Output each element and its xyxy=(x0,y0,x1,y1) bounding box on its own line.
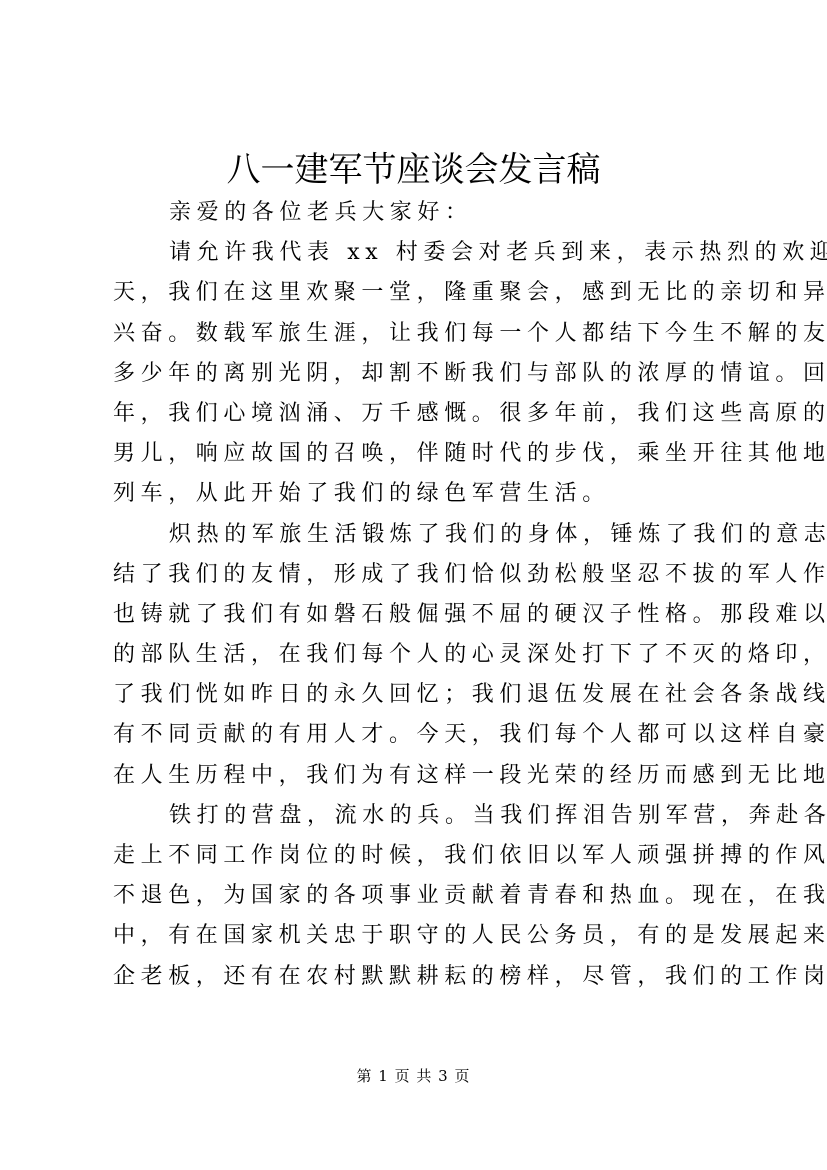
body-line: 有不同贡献的有用人才。今天，我们每个人都可以这样自豪地说， xyxy=(113,715,735,755)
body-line: 请允许我代表 xx 村委会对老兵到来，表示热烈的欢迎。今 xyxy=(113,233,735,273)
body-line: 兴奋。数载军旅生涯，让我们每一个人都结下今生不解的友情； xyxy=(113,314,735,354)
document-body: 亲爱的各位老兵大家好： 请允许我代表 xx 村委会对老兵到来，表示热烈的欢迎。今… xyxy=(113,193,735,997)
page-number-footer: 第 1 页 共 3 页 xyxy=(0,1066,827,1086)
body-line: 亲爱的各位老兵大家好： xyxy=(113,193,735,233)
body-line: 了我们恍如昨日的永久回忆；我们退伍发展在社会各条战线上都 xyxy=(113,675,735,715)
body-line: 男儿，响应故国的召唤，伴随时代的步伐，乘坐开往其他地方的 xyxy=(113,434,735,474)
document-page: 八一建军节座谈会发言稿 亲爱的各位老兵大家好： 请允许我代表 xx 村委会对老兵… xyxy=(0,0,827,1170)
body-line: 在人生历程中，我们为有这样一段光荣的经历而感到无比地骄傲。 xyxy=(113,756,735,796)
body-line: 中，有在国家机关忠于职守的人民公务员，有的是发展起来的私 xyxy=(113,916,735,956)
body-line: 也铸就了我们有如磐石般倔强不屈的硬汉子性格。那段难以忘记 xyxy=(113,595,735,635)
body-line: 企老板，还有在农村默默耕耘的榜样，尽管，我们的工作岗位不 xyxy=(113,957,735,997)
body-line: 列车，从此开始了我们的绿色军营生活。 xyxy=(113,474,735,514)
body-line: 天，我们在这里欢聚一堂，隆重聚会，感到无比的亲切和异常地 xyxy=(113,273,735,313)
body-line: 走上不同工作岗位的时候，我们依旧以军人顽强拼搏的作风退伍 xyxy=(113,836,735,876)
body-line: 铁打的营盘，流水的兵。当我们挥泪告别军营，奔赴各地， xyxy=(113,796,735,836)
body-line: 炽热的军旅生活锻炼了我们的身体，锤炼了我们的意志，固 xyxy=(113,515,735,555)
document-title: 八一建军节座谈会发言稿 xyxy=(0,145,827,195)
body-line: 年，我们心境汹涌、万千感慨。很多年前，我们这些高原的热血 xyxy=(113,394,735,434)
body-line: 多少年的离别光阴，却割不断我们与部队的浓厚的情谊。回忆当 xyxy=(113,354,735,394)
body-line: 结了我们的友情，形成了我们恰似劲松般坚忍不拔的军人作风， xyxy=(113,555,735,595)
body-line: 不退色，为国家的各项事业贡献着青春和热血。现在，在我们当 xyxy=(113,876,735,916)
body-line: 的部队生活，在我们每个人的心灵深处打下了不灭的烙印，留下 xyxy=(113,635,735,675)
